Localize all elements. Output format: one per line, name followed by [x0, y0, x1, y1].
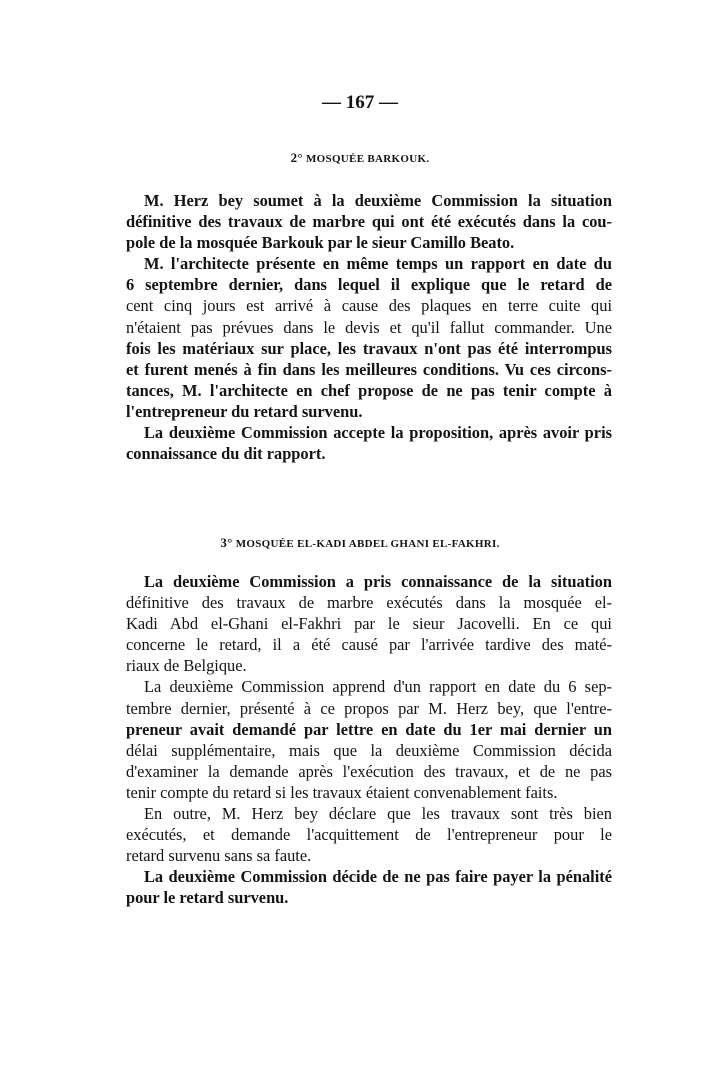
text-line: riaux de Belgique.: [108, 655, 612, 676]
text-line: La deuxième Commission a pris connaissan…: [126, 571, 612, 592]
text-line: pour le retard survenu.: [108, 887, 612, 908]
text-line: délai supplémentaire, mais que la deuxiè…: [108, 740, 612, 761]
paragraph: La deuxième Commission a pris connaissan…: [126, 571, 612, 676]
text-line: Kadi Abd el-Ghani el-Fakhri par le sieur…: [108, 613, 612, 634]
text-line: concerne le retard, il a été causé par l…: [108, 634, 612, 655]
section-body-el-kadi: La deuxième Commission a pris connaissan…: [126, 571, 612, 909]
text-line: tenir compte du retard si les travaux ét…: [108, 782, 612, 803]
text-line: preneur avait demandé par lettre en date…: [108, 719, 612, 740]
text-line: définitive des travaux de marbre exécuté…: [108, 592, 612, 613]
text-line: cent cinq jours est arrivé à cause des p…: [108, 295, 612, 316]
text-line: n'étaient pas prévues dans le devis et q…: [108, 317, 612, 338]
text-line: La deuxième Commission apprend d'un rapp…: [126, 676, 612, 697]
text-line: fois les matériaux sur place, les travau…: [108, 338, 612, 359]
paragraph: La deuxième Commission décide de ne pas …: [126, 866, 612, 908]
text-line: pole de la mosquée Barkouk par le sieur …: [108, 232, 612, 253]
section-heading: MOSQUÉE EL-KADI ABDEL GHANI EL-FAKHRI.: [236, 538, 500, 550]
text-line: La deuxième Commission accepte la propos…: [126, 422, 612, 443]
paragraph: M. l'architecte présente en même temps u…: [126, 253, 612, 422]
text-line: exécutés, et demande l'acquittement de l…: [108, 824, 612, 845]
text-line: tembre dernier, présenté à ce propos par…: [108, 698, 612, 719]
section-number: 3°: [220, 535, 232, 550]
paragraph: La deuxième Commission apprend d'un rapp…: [126, 676, 612, 803]
document-page: — 167 — 2° MOSQUÉE BARKOUK. M. Herz bey …: [0, 0, 720, 1082]
text-line: retard survenu sans sa faute.: [108, 845, 612, 866]
page-number: — 167 —: [0, 92, 720, 114]
text-line: l'entrepreneur du retard survenu.: [108, 401, 612, 422]
section-number: 2°: [291, 150, 303, 165]
section-body-barkouk: M. Herz bey soumet à la deuxième Commiss…: [126, 190, 612, 464]
paragraph: M. Herz bey soumet à la deuxième Commiss…: [126, 190, 612, 253]
text-line: définitive des travaux de marbre qui ont…: [108, 211, 612, 232]
text-line: et furent menés à fin dans les meilleure…: [108, 359, 612, 380]
text-line: connaissance du dit rapport.: [108, 443, 612, 464]
text-line: M. Herz bey soumet à la deuxième Commiss…: [126, 190, 612, 211]
section-heading: MOSQUÉE BARKOUK.: [306, 153, 429, 165]
section-title-barkouk: 2° MOSQUÉE BARKOUK.: [0, 150, 720, 166]
paragraph: En outre, M. Herz bey déclare que les tr…: [126, 803, 612, 866]
text-line: d'examiner la demande après l'exécution …: [108, 761, 612, 782]
text-line: En outre, M. Herz bey déclare que les tr…: [126, 803, 612, 824]
text-line: 6 septembre dernier, dans lequel il expl…: [108, 274, 612, 295]
text-line: M. l'architecte présente en même temps u…: [126, 253, 612, 274]
paragraph: La deuxième Commission accepte la propos…: [126, 422, 612, 464]
text-line: La deuxième Commission décide de ne pas …: [126, 866, 612, 887]
section-title-el-kadi: 3° MOSQUÉE EL-KADI ABDEL GHANI EL-FAKHRI…: [0, 535, 720, 551]
text-line: tances, M. l'architecte en chef propose …: [108, 380, 612, 401]
